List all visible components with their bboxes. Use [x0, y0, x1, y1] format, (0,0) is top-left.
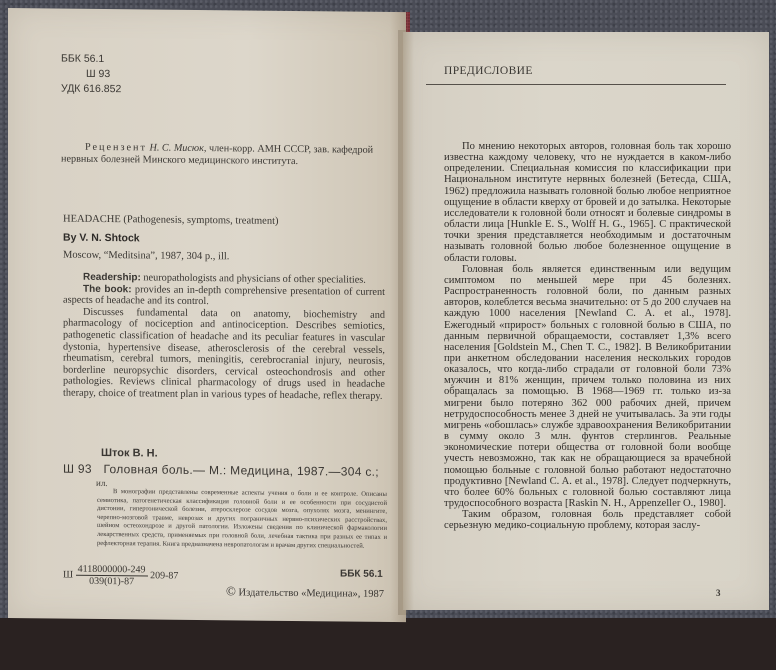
discusses-text: Discusses fundamental data on anatomy, b… [63, 306, 385, 402]
left-page: ББК 56.1 Ш 93 УДК 616.852 Рецензент Н. С… [8, 8, 406, 622]
russian-abstract-text: В монографии представлены современные ас… [97, 488, 387, 551]
russian-card-author: Шток В. Н. [101, 447, 158, 460]
copyright-text: Издательство «Медицина», 1987 [239, 587, 385, 600]
readership-label: Readership: [83, 272, 141, 284]
imprint-bbk: ББК 56.1 [340, 568, 383, 579]
reviewer-note: Рецензент Н. С. Мисюк, член-корр. АМН СС… [61, 142, 383, 169]
preface-body: По мнению некоторых авторов, головная бо… [444, 141, 731, 531]
chapter-heading: ПРЕДИСЛОВИЕ [444, 65, 533, 77]
russian-card-title-line: Ш 93 Головная боль.— М.: Медицина, 1987.… [63, 462, 398, 480]
preface-paragraph-1: По мнению некоторых авторов, головная бо… [444, 141, 731, 264]
imprint-numerator: 4118000000-249 [76, 564, 148, 577]
book-label: The book: [83, 283, 132, 295]
sh-code: Ш 93 [61, 67, 121, 83]
russian-card-abstract: В монографии представлены современные ас… [97, 488, 387, 551]
reviewer-name: Н. С. Мисюк [149, 142, 203, 154]
heading-divider [426, 84, 726, 85]
english-publication: Moscow, “Meditsina”, 1987, 304 p., ill. [63, 250, 229, 263]
copyright-line: © Издательство «Медицина», 1987 [226, 583, 384, 601]
catalog-codes: ББК 56.1 Ш 93 УДК 616.852 [61, 52, 121, 98]
english-title: HEADACHE (Pathogenesis, symptoms, treatm… [63, 214, 279, 227]
imprint-fraction: 4118000000-249 039(01)-87 [76, 564, 148, 588]
bbk-code: ББК 56.1 [61, 52, 121, 68]
english-author: By V. N. Shtock [63, 232, 140, 245]
russian-card-ill: ил. [96, 478, 108, 488]
right-page: ПРЕДИСЛОВИЕ По мнению некоторых авторов,… [403, 32, 769, 610]
copyright-icon: © [226, 583, 236, 598]
russian-card-code: Ш 93 [63, 462, 92, 476]
page-number: 3 [716, 588, 721, 598]
russian-card-title: Головная боль.— М.: Медицина, 1987.—304 … [96, 462, 379, 479]
preface-paragraph-3: Таким образом, головная боль представляе… [444, 509, 731, 531]
imprint-denominator: 039(01)-87 [76, 576, 148, 588]
reviewer-label: Рецензент [61, 142, 147, 154]
book-cover-bottom-edge [0, 618, 776, 670]
preface-paragraph-2: Головная боль является единственным или … [444, 264, 731, 509]
imprint-prefix: Ш [63, 569, 73, 580]
imprint-code: Ш 4118000000-249 039(01)-87 209-87 [63, 564, 178, 588]
udk-code: УДК 616.852 [61, 82, 121, 98]
english-abstract: Readership: neuropathologists and physic… [63, 272, 385, 403]
imprint-suffix: 209-87 [150, 570, 178, 581]
